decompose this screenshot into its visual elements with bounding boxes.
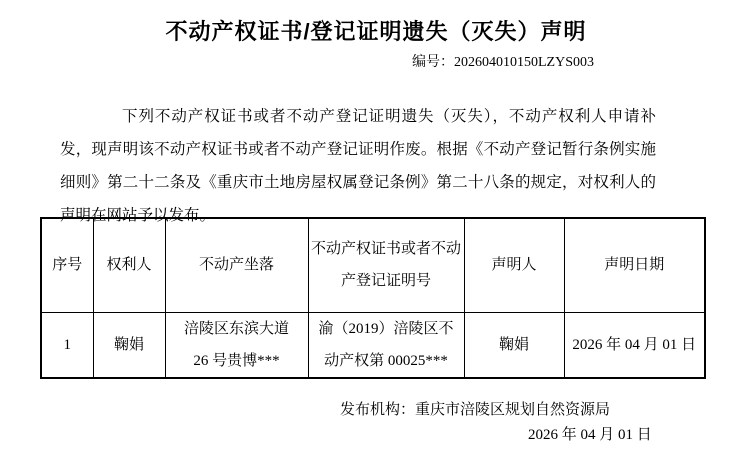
serial-number-line: 编号：202604010150LZYS003: [412, 51, 594, 71]
declaration-body-text: 下列不动产权证书或者不动产登记证明遗失（灭失），不动产权利人申请补发，现声明该不…: [60, 100, 656, 232]
publisher-line: 发布机构：重庆市涪陵区规划自然资源局: [340, 398, 610, 419]
col-header-cert-no: 不动产权证书或者不动 产登记证明号: [308, 218, 464, 312]
cell-cert-no: 渝（2019）涪陵区不 动产权第 00025***: [308, 312, 464, 378]
serial-number-value: 202604010150LZYS003: [454, 55, 594, 70]
declaration-table: 序号 权利人 不动产坐落 不动产权证书或者不动 产登记证明号 声明人 声明日期: [40, 217, 706, 379]
declaration-document: 不动产权证书/登记证明遗失（灭失）声明 编号：202604010150LZYS0…: [0, 0, 752, 471]
cell-seq: 1: [41, 312, 93, 378]
cell-holder: 鞠娟: [93, 312, 165, 378]
publish-date: 2026 年 04 月 01 日: [528, 423, 652, 444]
cell-date: 2026 年 04 月 01 日: [564, 312, 705, 378]
cell-declarant: 鞠娟: [464, 312, 564, 378]
col-header-date: 声明日期: [564, 218, 705, 312]
cell-location: 涪陵区东滨大道 26 号贵博***: [165, 312, 308, 378]
table-header-row: 序号 权利人 不动产坐落 不动产权证书或者不动 产登记证明号 声明人 声明日期: [41, 218, 705, 312]
serial-number-label: 编号：: [412, 55, 454, 70]
page-title: 不动产权证书/登记证明遗失（灭失）声明: [0, 15, 752, 46]
publisher-label: 发布机构：: [340, 402, 415, 418]
publisher-name: 重庆市涪陵区规划自然资源局: [415, 402, 610, 418]
col-header-seq: 序号: [41, 218, 93, 312]
col-header-holder: 权利人: [93, 218, 165, 312]
col-header-declarant: 声明人: [464, 218, 564, 312]
table-row: 1 鞠娟 涪陵区东滨大道 26 号贵博*** 渝（2019）涪陵区不 动产权第 …: [41, 312, 705, 378]
col-header-location: 不动产坐落: [165, 218, 308, 312]
